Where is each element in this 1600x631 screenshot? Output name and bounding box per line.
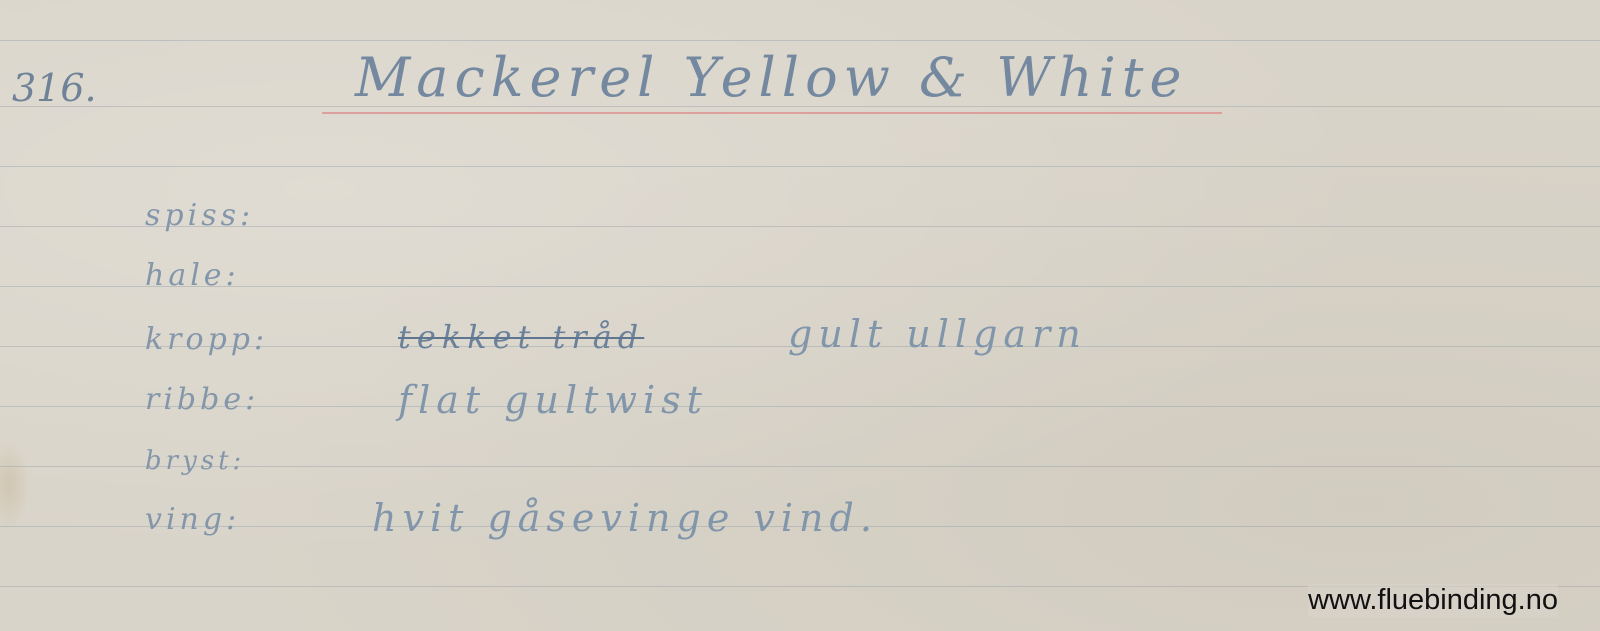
ruled-line [0,40,1600,41]
ledger-page: 316. Mackerel Yellow & White spiss: hale… [0,0,1600,631]
website-watermark: www.fluebinding.no [1308,584,1558,617]
field-label-kropp: kropp: [145,322,268,357]
entry-number: 316. [12,66,97,110]
ruled-line [0,286,1600,287]
field-value-ving: hvit gåsevinge vind. [372,496,878,540]
field-label-ving: ving: [145,502,240,537]
ruled-line [0,166,1600,167]
field-value-kropp: gult ullgarn [788,312,1087,356]
pattern-title: Mackerel Yellow & White [355,46,1187,109]
field-value-ribbe: flat gultwist [398,378,708,422]
field-label-hale: hale: [145,258,240,293]
field-struck-value-kropp: tekket tråd [398,318,644,356]
paper-stain [0,440,30,530]
title-underline [322,112,1222,114]
field-label-ribbe: ribbe: [145,382,259,417]
field-label-bryst: bryst: [145,446,245,476]
field-label-spiss: spiss: [145,198,254,233]
